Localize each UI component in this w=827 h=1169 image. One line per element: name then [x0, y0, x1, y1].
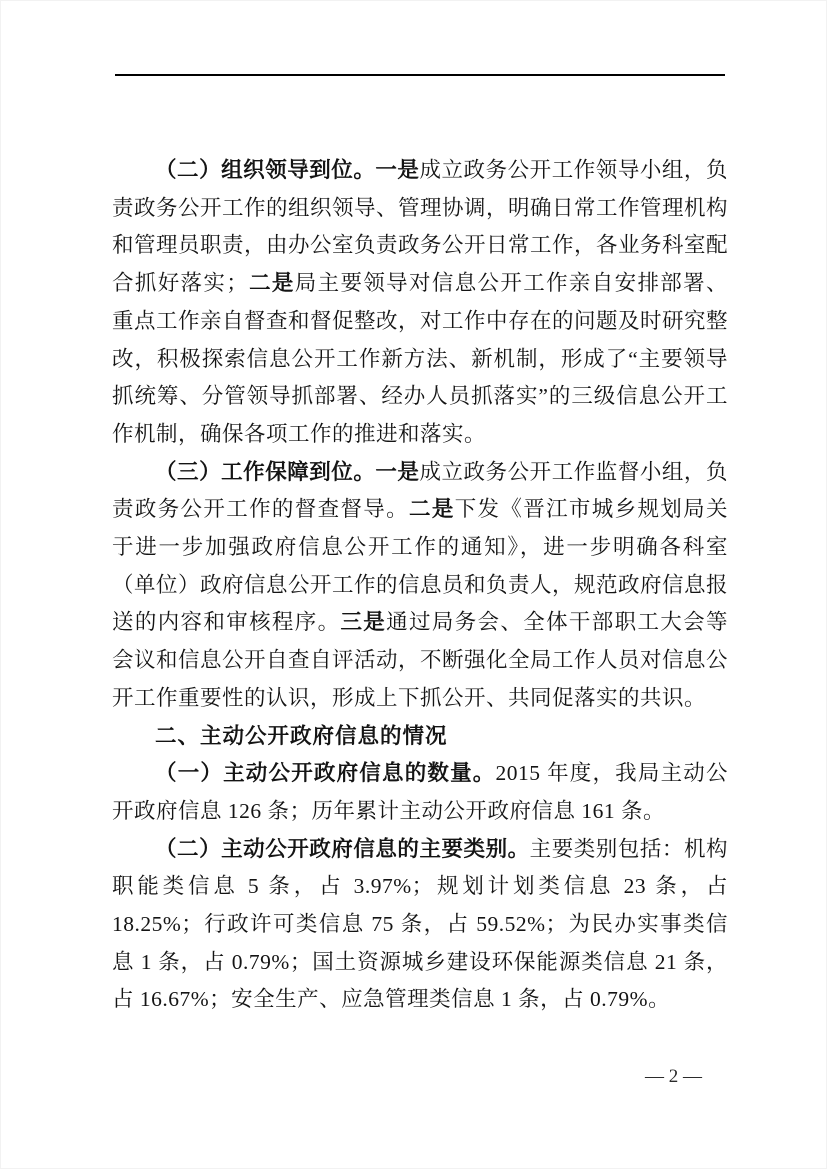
bold-text-run: （二）主动公开政府信息的主要类别。	[155, 837, 530, 861]
bold-text-run: （一）主动公开政府信息的数量。	[155, 761, 496, 785]
section-heading: 二、主动公开政府信息的情况	[112, 718, 728, 756]
bold-text-run: 二是	[409, 497, 455, 521]
paragraph: （二）组织领导到位。一是成立政务公开工作领导小组，负责政务公开工作的组织领导、管…	[112, 152, 728, 454]
text-run: 主要类别包括：机构职能类信息 5 条，占 3.97%；规划计划类信息 23 条，…	[112, 837, 728, 1012]
document-body: （二）组织领导到位。一是成立政务公开工作领导小组，负责政务公开工作的组织领导、管…	[112, 152, 728, 1019]
bold-text-run: （二）组织领导到位。一是	[155, 158, 419, 182]
paragraph: （一）主动公开政府信息的数量。2015 年度，我局主动公开政府信息 126 条；…	[112, 755, 728, 830]
bold-text-run: （三）工作保障到位。一是	[155, 460, 419, 484]
paragraph: （三）工作保障到位。一是成立政务公开工作监督小组，负责政务公开工作的督查督导。二…	[112, 454, 728, 718]
bold-text-run: 二、主动公开政府信息的情况	[155, 724, 448, 748]
paragraph: （二）主动公开政府信息的主要类别。主要类别包括：机构职能类信息 5 条，占 3.…	[112, 831, 728, 1020]
text-run: 局主要领导对信息公开工作亲自安排部署、重点工作亲自督查和督促整改，对工作中存在的…	[112, 271, 728, 446]
header-rule-divider	[115, 74, 725, 76]
document-page: （二）组织领导到位。一是成立政务公开工作领导小组，负责政务公开工作的组织领导、管…	[0, 0, 827, 1169]
bold-text-run: 三是	[340, 610, 386, 634]
page-number: — 2 —	[645, 1064, 702, 1090]
bold-text-run: 二是	[248, 271, 295, 295]
